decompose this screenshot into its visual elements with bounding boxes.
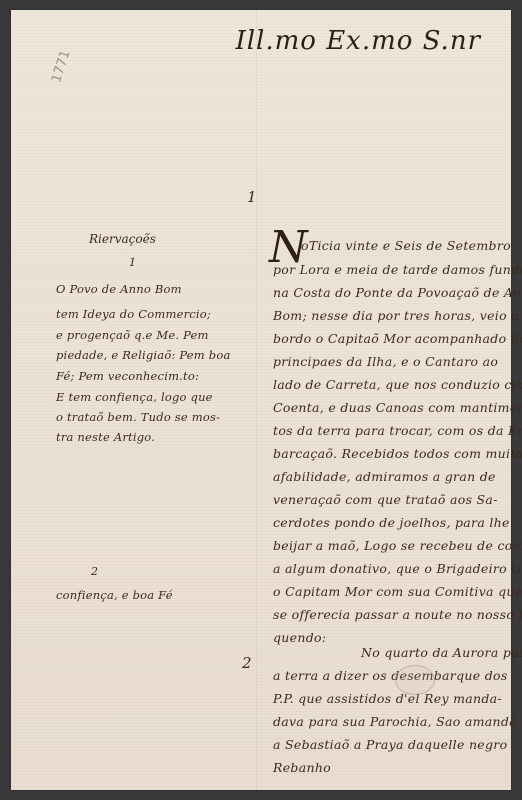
left-line: O Povo de Anno Bom [56, 282, 182, 296]
left-line: confiença, e boa Fé [56, 588, 173, 602]
right-line: beijar a maõ, Logo se recebeu de comer [273, 538, 522, 553]
right-line: Coenta, e duas Canoas com mantimen- [273, 400, 522, 415]
left-section-2-number: 2 [91, 565, 98, 578]
archive-stamp [395, 665, 435, 695]
right-line: cerdotes pondo de joelhos, para lhe [273, 515, 510, 530]
right-line: afabilidade, admiramos a gran de [273, 469, 496, 484]
right-line: tos da terra para trocar, com os da Em- [273, 423, 522, 438]
left-heading: Riervaçoẽs [89, 232, 156, 246]
right-line: barcaçaõ. Recebidos todos com muita [273, 446, 522, 461]
right-line: a algum donativo, que o Brigadeiro tinha [273, 561, 522, 576]
right-line: o Capitam Mor com sua Comitiva que [273, 584, 522, 599]
left-line: tra neste Artigo. [56, 430, 155, 444]
pencil-folio-number: 1771 [49, 49, 73, 85]
left-line: piedade, e Religiaõ: Pem boa [56, 348, 231, 362]
right-line: P.P. que assistidos d'el Rey manda- [273, 691, 502, 706]
right-section-1-number: 1 [247, 188, 257, 206]
right-line: na Costa do Ponte da Povoaçaõ de Anno [273, 285, 522, 300]
right-line: Rebanho [273, 760, 331, 775]
left-section-1-number: 1 [129, 256, 136, 269]
right-line: veneraçaõ com que trataõ aos Sa- [273, 492, 498, 507]
right-line: Bom; nesse dia por tres horas, veio a se… [273, 308, 522, 323]
left-line: o trataõ bem. Tudo se mos- [56, 410, 220, 424]
right-section-2-number: 2 [242, 654, 252, 672]
right-line: oTicia vinte e Seis de Setembro [301, 238, 511, 253]
right-line: dava para sua Parochia, Sao amanda [273, 714, 517, 729]
manuscript-page: 1771 Ill.mo Ex.mo S.nr Riervaçoẽs 1 O Po… [11, 10, 511, 790]
left-line: E tem confiença, logo que [56, 390, 213, 404]
right-line: quendo: [273, 630, 326, 645]
right-line: a terra a dizer os desembarque dos [273, 668, 508, 683]
left-line: e progençaõ q.e Me. Pem [56, 328, 209, 342]
salutation: Ill.mo Ex.mo S.nr [235, 26, 481, 56]
right-line: No quarto da Aurora passa- [361, 645, 522, 660]
left-line: Fé; Pem veconhecim.to: [56, 369, 199, 383]
right-line: por Lora e meia de tarde damos fundo [273, 262, 522, 277]
right-line: bordo o Capitaõ Mor acompanhado dos [273, 331, 522, 346]
page-fold [256, 10, 257, 790]
right-line: principaes da Ilha, e o Cantaro ao [273, 354, 498, 369]
right-line: se offerecia passar a noute no nosso Pal… [273, 607, 522, 622]
right-line: a Sebastiaõ a Praya daquelle negro [273, 737, 507, 752]
left-line: tem Ideya do Commercio; [56, 307, 211, 321]
right-line: lado de Carreta, que nos conduzio cin [273, 377, 522, 392]
